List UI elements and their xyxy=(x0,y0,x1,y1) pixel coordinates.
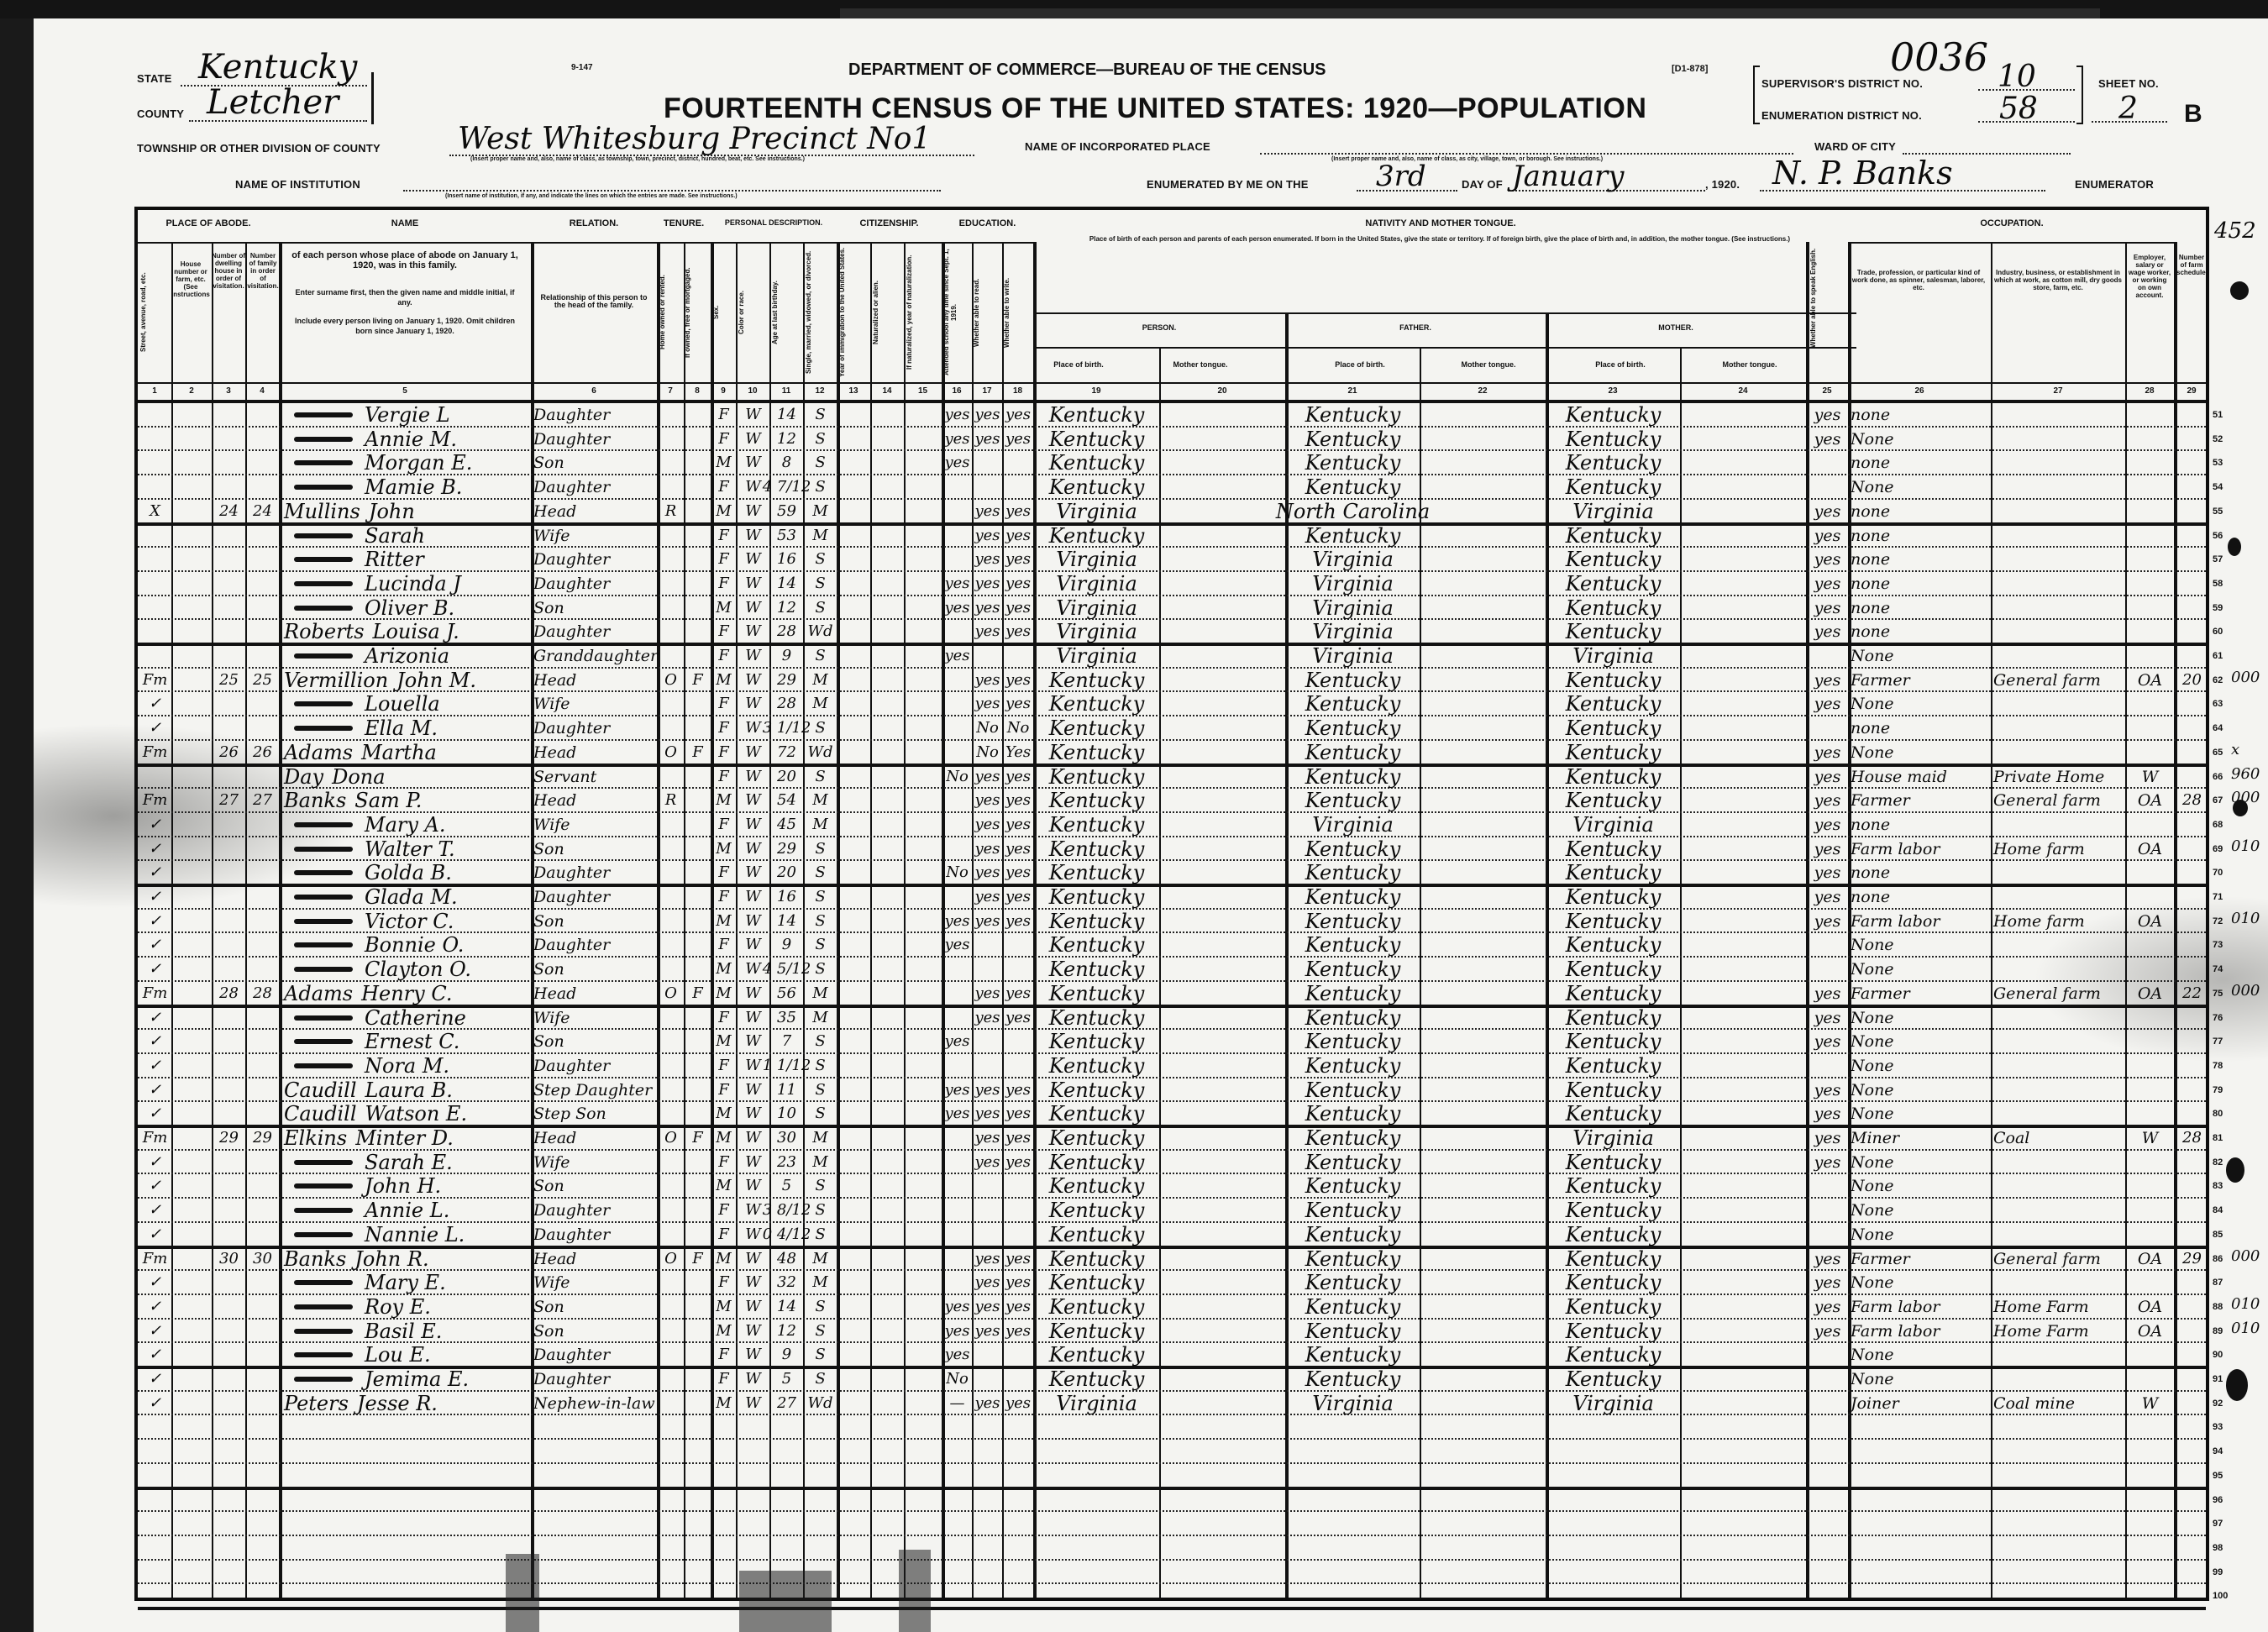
father-birth-cell: Kentucky xyxy=(1288,1100,1418,1126)
name-cell: MullinsJohn xyxy=(284,498,529,523)
english-cell: yes xyxy=(1809,690,1846,716)
line-number: 87 xyxy=(2213,1278,2223,1288)
table-row: Mamie B.DaughterFW4 7/12SKentuckyKentuck… xyxy=(138,474,2213,499)
table-row xyxy=(138,1582,2213,1608)
marital-cell: S xyxy=(806,1100,835,1126)
paper-stain xyxy=(506,1554,539,1632)
age-cell: 9 xyxy=(772,931,801,957)
column-number: 10 xyxy=(736,386,769,396)
given-name: Nora M. xyxy=(365,1055,449,1077)
line-number: 96 xyxy=(2213,1495,2223,1505)
mother-birth-cell: Kentucky xyxy=(1548,546,1678,571)
name-cell: RobertsLouisa J. xyxy=(284,618,529,643)
read-cell: No xyxy=(974,715,1000,740)
write-cell: No xyxy=(1005,715,1032,740)
father-birth-cell: Kentucky xyxy=(1288,931,1418,957)
father-birth-cell: Kentucky xyxy=(1288,764,1418,789)
surname: Vermillion xyxy=(284,669,388,691)
read-cell: yes xyxy=(974,1149,1000,1174)
tenure-cell: O xyxy=(659,980,682,1005)
age-cell: 9 xyxy=(772,643,801,668)
trade-cell: Farm labor xyxy=(1851,908,1989,933)
line-number: 65 xyxy=(2213,748,2223,758)
col-industry-header: Industry, business, or establishment in … xyxy=(1991,269,2125,291)
birth-cell: Kentucky xyxy=(1036,739,1158,764)
name-cell: Annie L. xyxy=(284,1197,529,1222)
father-birth-cell: Virginia xyxy=(1288,1390,1418,1415)
read-cell: yes xyxy=(974,570,1000,596)
sex-cell: M xyxy=(713,667,734,692)
table-row: Fm2626AdamsMarthaHeadOFFW72WdNoYesKentuc… xyxy=(138,739,2213,764)
read-cell: yes xyxy=(974,811,1000,837)
age-cell: 3 1/12 xyxy=(772,715,801,740)
race-cell: W xyxy=(738,764,768,789)
birth-cell: Kentucky xyxy=(1036,1221,1158,1246)
relation-cell: Daughter xyxy=(533,401,655,427)
trade-cell: None xyxy=(1851,1173,1989,1198)
write-cell: yes xyxy=(1005,1077,1032,1102)
marital-cell: Wd xyxy=(806,1390,835,1415)
column-number: 27 xyxy=(1991,386,2125,396)
trade-cell: Farmer xyxy=(1851,667,1989,692)
age-cell: 28 xyxy=(772,618,801,643)
father-birth-cell: Kentucky xyxy=(1288,1318,1418,1343)
name-cell xyxy=(284,1438,529,1463)
english-cell: yes xyxy=(1809,1246,1846,1271)
read-cell: yes xyxy=(974,1100,1000,1126)
english-cell: yes xyxy=(1809,1318,1846,1343)
col-english-header: Whether able to speak English. xyxy=(1809,218,1843,378)
marital-cell: S xyxy=(806,836,835,861)
table-row: X2424MullinsJohnHeadRMW59MyesyesVirginia… xyxy=(138,498,2213,523)
street-cell: ✓ xyxy=(140,1173,170,1198)
english-cell: yes xyxy=(1809,618,1846,643)
street-cell: ✓ xyxy=(140,1149,170,1174)
trade-cell: none xyxy=(1851,859,1989,884)
industry-cell: Private Home xyxy=(1993,764,2124,789)
state-label: STATE xyxy=(137,72,172,85)
write-cell: yes xyxy=(1005,618,1032,643)
ditto-dash xyxy=(294,847,353,852)
table-row: ✓Bonnie O.DaughterFW9SyesKentuckyKentuck… xyxy=(138,931,2213,957)
read-cell: yes xyxy=(974,1246,1000,1271)
english-cell: yes xyxy=(1809,908,1846,933)
name-cell: PetersJesse R. xyxy=(284,1390,529,1415)
nativity-instructions: Place of birth of each person and parent… xyxy=(1053,235,1826,243)
english-cell: yes xyxy=(1809,1100,1846,1126)
sex-cell: F xyxy=(713,1197,734,1222)
district-bracket-left xyxy=(1753,66,1760,124)
industry-cell: Home farm xyxy=(1993,908,2124,933)
marital-cell: S xyxy=(806,1366,835,1391)
ditto-dash xyxy=(294,1352,353,1357)
read-cell: yes xyxy=(974,980,1000,1005)
table-row: SarahWifeFW53MyesyesKentuckyKentuckyKent… xyxy=(138,522,2213,548)
sex-cell: F xyxy=(713,1221,734,1246)
birth-cell: Kentucky xyxy=(1036,1341,1158,1367)
mother-birth-cell: Kentucky xyxy=(1548,931,1678,957)
trade-cell: None xyxy=(1851,1366,1989,1391)
sex-cell: M xyxy=(713,1028,734,1053)
read-cell: yes xyxy=(974,401,1000,427)
relation-cell: Head xyxy=(533,1125,655,1150)
name-cell: Sarah xyxy=(284,522,529,548)
trade-cell: House maid xyxy=(1851,764,1989,789)
birth-cell: Kentucky xyxy=(1036,1197,1158,1222)
birth-cell: Kentucky xyxy=(1036,426,1158,451)
age-cell: 7 xyxy=(772,1028,801,1053)
ditto-dash xyxy=(294,870,353,875)
father-birth-cell: Kentucky xyxy=(1288,426,1418,451)
mother-birth-cell: Kentucky xyxy=(1548,690,1678,716)
mother-birth-cell: Kentucky xyxy=(1548,764,1678,789)
table-row: ✓Basil E.SonMW12SyesyesyesKentuckyKentuc… xyxy=(138,1318,2213,1343)
sex-cell: F xyxy=(713,811,734,837)
age-cell: 20 xyxy=(772,764,801,789)
line-number: 77 xyxy=(2213,1036,2223,1047)
trade-cell: None xyxy=(1851,1100,1989,1126)
marital-cell: S xyxy=(806,474,835,499)
column-number: 16 xyxy=(942,386,972,396)
age-cell: 35 xyxy=(772,1005,801,1030)
sex-cell: M xyxy=(713,595,734,620)
sex-cell: M xyxy=(713,836,734,861)
marital-cell: S xyxy=(806,715,835,740)
write-cell: yes xyxy=(1005,401,1032,427)
line-number: 99 xyxy=(2213,1567,2223,1577)
sex-cell: M xyxy=(713,1125,734,1150)
street-cell: ✓ xyxy=(140,811,170,837)
name-cell: Catherine xyxy=(284,1005,529,1030)
column-number: 18 xyxy=(1002,386,1033,396)
write-cell: yes xyxy=(1005,836,1032,861)
given-name: Annie L. xyxy=(365,1199,449,1221)
relation-cell: Son xyxy=(533,1318,655,1343)
line-number: 70 xyxy=(2213,868,2223,878)
write-cell: yes xyxy=(1005,764,1032,789)
street-cell: ✓ xyxy=(140,1077,170,1102)
relation-cell: Son xyxy=(533,595,655,620)
table-row: Fm2727BanksSam P.HeadRMW54MyesyesKentuck… xyxy=(138,787,2213,812)
line-number: 90 xyxy=(2213,1350,2223,1360)
english-cell: yes xyxy=(1809,570,1846,596)
given-name: Vergie L xyxy=(365,404,450,426)
family-cell: 29 xyxy=(248,1125,277,1150)
marital-cell: S xyxy=(806,1341,835,1367)
table-row: Morgan E.SonMW8SyesKentuckyKentuckyKentu… xyxy=(138,449,2213,475)
name-cell: Bonnie O. xyxy=(284,931,529,957)
trade-cell: none xyxy=(1851,715,1989,740)
read-cell: yes xyxy=(974,836,1000,861)
mother-birth-cell: Kentucky xyxy=(1548,1294,1678,1319)
enumeration-district: 58 xyxy=(1999,92,2038,126)
marital-cell: M xyxy=(806,498,835,523)
relation-cell: Servant xyxy=(533,764,655,789)
street-cell: Fm xyxy=(140,787,170,812)
col-age-header: Age at last birthday. xyxy=(771,247,803,378)
line-number: 80 xyxy=(2213,1109,2223,1119)
age-cell: 12 xyxy=(772,426,801,451)
write-cell: yes xyxy=(1005,908,1032,933)
given-name: Laura B. xyxy=(365,1079,453,1101)
street-cell: ✓ xyxy=(140,1197,170,1222)
birth-cell: Kentucky xyxy=(1036,1125,1158,1150)
street-cell: ✓ xyxy=(140,1269,170,1294)
family-cell: 24 xyxy=(248,498,277,523)
birth-cell: Virginia xyxy=(1036,546,1158,571)
age-cell: 56 xyxy=(772,980,801,1005)
group-father: FATHER. xyxy=(1285,323,1546,332)
line-number: 86 xyxy=(2213,1254,2223,1264)
table-row: ✓Jemima E.DaughterFW5SNoKentuckyKentucky… xyxy=(138,1366,2213,1391)
father-birth-cell: Kentucky xyxy=(1288,1052,1418,1078)
birth-cell: Kentucky xyxy=(1036,787,1158,812)
given-name: Basil E. xyxy=(365,1320,442,1342)
read-cell: yes xyxy=(974,595,1000,620)
street-cell: ✓ xyxy=(140,956,170,981)
sex-cell: M xyxy=(713,1100,734,1126)
birth-cell: Kentucky xyxy=(1036,715,1158,740)
sex-cell: M xyxy=(713,1294,734,1319)
line-number: 59 xyxy=(2213,603,2223,613)
father-birth-cell: North Carolina xyxy=(1288,498,1418,523)
birth-cell: Kentucky xyxy=(1036,811,1158,837)
write-cell: yes xyxy=(1005,1100,1032,1126)
birth-cell: Virginia xyxy=(1036,595,1158,620)
given-name: Bonnie O. xyxy=(365,934,464,956)
ward-label: WARD OF CITY xyxy=(1814,140,1896,153)
given-name: Oliver B. xyxy=(365,597,454,619)
family-cell: 30 xyxy=(248,1246,277,1271)
race-cell: W xyxy=(738,498,768,523)
father-birth-cell: Kentucky xyxy=(1288,715,1418,740)
given-name: Minter D. xyxy=(355,1127,454,1149)
read-cell: yes xyxy=(974,1390,1000,1415)
english-cell: yes xyxy=(1809,1125,1846,1150)
given-name: Mary E. xyxy=(365,1272,446,1294)
table-row: ✓Annie L.DaughterFW3 8/12SKentuckyKentuc… xyxy=(138,1197,2213,1222)
name-cell: Morgan E. xyxy=(284,449,529,475)
ditto-dash xyxy=(294,606,353,611)
birth-cell: Kentucky xyxy=(1036,956,1158,981)
name-cell: Ella M. xyxy=(284,715,529,740)
sex-cell: M xyxy=(713,956,734,981)
relation-cell: Son xyxy=(533,1173,655,1198)
sex-cell: F xyxy=(713,1269,734,1294)
given-name: Sam P. xyxy=(354,790,422,811)
read-cell: yes xyxy=(974,546,1000,571)
race-cell: W xyxy=(738,401,768,427)
paper-stain xyxy=(739,1571,832,1632)
marital-cell: S xyxy=(806,1028,835,1053)
birth-cell: Kentucky xyxy=(1036,1149,1158,1174)
line-number: 57 xyxy=(2213,554,2223,564)
birth-cell: Virginia xyxy=(1036,618,1158,643)
trade-cell: Farm labor xyxy=(1851,836,1989,861)
sex-cell: F xyxy=(713,522,734,548)
school-cell: No xyxy=(944,764,970,789)
industry-cell: Home farm xyxy=(1993,836,2124,861)
age-cell: 14 xyxy=(772,908,801,933)
english-cell: yes xyxy=(1809,401,1846,427)
mother-birth-cell: Virginia xyxy=(1548,643,1678,668)
margin-code: x xyxy=(2231,741,2239,758)
trade-cell: None xyxy=(1851,1028,1989,1053)
enumerated-day: 3rd xyxy=(1376,160,1426,193)
col-mother-birth-header: Place of birth. xyxy=(1549,361,1692,369)
age-cell: 9 xyxy=(772,1341,801,1367)
name-cell: Jemima E. xyxy=(284,1366,529,1391)
race-cell: W xyxy=(738,449,768,475)
english-cell: yes xyxy=(1809,595,1846,620)
sheet-number: 2 xyxy=(2118,92,2138,126)
table-row: ✓Mary E.WifeFW32MyesyesKentuckyKentuckyK… xyxy=(138,1269,2213,1294)
father-birth-cell: Kentucky xyxy=(1288,1269,1418,1294)
class-cell: W xyxy=(2128,764,2172,789)
name-cell: Victor C. xyxy=(284,908,529,933)
sex-cell: F xyxy=(713,859,734,884)
column-number: 28 xyxy=(2125,386,2174,396)
table-row: RobertsLouisa J.DaughterFW28WdyesyesVirg… xyxy=(138,618,2213,643)
line-number: 66 xyxy=(2213,772,2223,782)
table-row: Vergie LDaughterFW14SyesyesyesKentuckyKe… xyxy=(138,401,2213,427)
english-cell: yes xyxy=(1809,1005,1846,1030)
marital-cell: M xyxy=(806,1246,835,1271)
given-name: Nannie L. xyxy=(365,1224,465,1246)
relation-cell: Wife xyxy=(533,811,655,837)
form-code: [D1-878] xyxy=(1672,64,1708,74)
name-cell: BanksJohn R. xyxy=(284,1246,529,1271)
write-cell: yes xyxy=(1005,667,1032,692)
age-cell: 14 xyxy=(772,401,801,427)
county-value: Letcher xyxy=(207,86,339,119)
marital-cell: S xyxy=(806,1052,835,1078)
english-cell: yes xyxy=(1809,884,1846,909)
relation-cell: Son xyxy=(533,1028,655,1053)
ditto-dash xyxy=(294,1280,353,1285)
marital-cell: S xyxy=(806,884,835,909)
write-cell: Yes xyxy=(1005,739,1032,764)
marital-cell: M xyxy=(806,1125,835,1150)
institution-note: (Insert name of institution, if any, and… xyxy=(445,193,738,199)
table-row xyxy=(138,1559,2213,1584)
township-label: TOWNSHIP OR OTHER DIVISION OF COUNTY xyxy=(137,142,381,155)
table-row xyxy=(138,1414,2213,1439)
read-cell: yes xyxy=(974,859,1000,884)
state-county-bracket xyxy=(371,72,374,124)
col-person-birth-header: Place of birth. xyxy=(1037,361,1121,369)
name-cell: Mamie B. xyxy=(284,474,529,499)
relation-cell: Wife xyxy=(533,1005,655,1030)
given-name: John xyxy=(369,501,415,522)
industry-cell: General farm xyxy=(1993,787,2124,812)
column-number: 24 xyxy=(1680,386,1806,396)
street-cell: ✓ xyxy=(140,859,170,884)
table-row: ArizoniaGranddaughterFW9SyesVirginiaVirg… xyxy=(138,643,2213,668)
name-cell: Clayton O. xyxy=(284,956,529,981)
sex-cell: M xyxy=(713,787,734,812)
line-number: 56 xyxy=(2213,531,2223,541)
name-cell: Walter T. xyxy=(284,836,529,861)
table-row xyxy=(138,1487,2213,1512)
sex-cell: M xyxy=(713,1318,734,1343)
mother-birth-cell: Virginia xyxy=(1548,498,1678,523)
write-cell: yes xyxy=(1005,1269,1032,1294)
table-row xyxy=(138,1510,2213,1535)
ditto-dash xyxy=(294,942,353,947)
table-row: ✓Mary A.WifeFW45MyesyesKentuckyVirginiaV… xyxy=(138,811,2213,837)
column-number: 2 xyxy=(171,386,212,396)
sex-cell: F xyxy=(713,884,734,909)
industry-cell: General farm xyxy=(1993,667,2124,692)
sex-cell: F xyxy=(713,931,734,957)
name-cell: Ritter xyxy=(284,546,529,571)
mother-birth-cell: Kentucky xyxy=(1548,1173,1678,1198)
age-cell: 23 xyxy=(772,1149,801,1174)
marital-cell: M xyxy=(806,522,835,548)
english-cell: yes xyxy=(1809,1294,1846,1319)
race-cell: W xyxy=(738,690,768,716)
surname: Day xyxy=(284,766,323,788)
school-cell: yes xyxy=(944,1028,970,1053)
father-birth-cell: Kentucky xyxy=(1288,401,1418,427)
col-sex-header: Sex. xyxy=(712,247,736,378)
surname: Banks xyxy=(284,1248,346,1270)
name-cell: Lucinda J xyxy=(284,570,529,596)
farm-cell: 28 xyxy=(2176,1125,2208,1150)
line-number: 71 xyxy=(2213,892,2223,902)
ditto-dash xyxy=(294,485,353,490)
mother-birth-cell: Kentucky xyxy=(1548,1221,1678,1246)
ditto-dash xyxy=(294,919,353,924)
table-row: Oliver B.SonMW12SyesyesyesVirginiaVirgin… xyxy=(138,595,2213,620)
given-name: Ernest C. xyxy=(365,1031,459,1052)
given-name: Jesse R. xyxy=(357,1393,438,1414)
race-cell: W xyxy=(738,859,768,884)
line-number: 94 xyxy=(2213,1446,2223,1456)
sex-cell: F xyxy=(713,474,734,499)
relation-cell: Daughter xyxy=(533,884,655,909)
enumerated-month: January xyxy=(1512,160,1624,193)
race-cell: W xyxy=(738,908,768,933)
mother-birth-cell: Kentucky xyxy=(1548,1269,1678,1294)
trade-cell: none xyxy=(1851,618,1989,643)
column-number: 22 xyxy=(1420,386,1546,396)
column-number: 1 xyxy=(138,386,171,396)
trade-cell: none xyxy=(1851,522,1989,548)
mother-birth-cell: Kentucky xyxy=(1548,956,1678,981)
line-number: 75 xyxy=(2213,989,2223,999)
age-cell: 14 xyxy=(772,570,801,596)
given-name: Lucinda J xyxy=(365,573,461,595)
margin-note: 452 xyxy=(2214,214,2256,248)
father-birth-cell: Virginia xyxy=(1288,546,1418,571)
sex-cell: F xyxy=(713,1341,734,1367)
english-cell: yes xyxy=(1809,764,1846,789)
ditto-dash xyxy=(294,967,353,972)
class-cell: OA xyxy=(2128,980,2172,1005)
mother-birth-cell: Kentucky xyxy=(1548,739,1678,764)
father-birth-cell: Kentucky xyxy=(1288,956,1418,981)
relation-cell: Son xyxy=(533,908,655,933)
english-cell: yes xyxy=(1809,859,1846,884)
table-row: ✓Nora M.DaughterFW1 1/12SKentuckyKentuck… xyxy=(138,1052,2213,1078)
race-cell: W xyxy=(738,884,768,909)
family-cell: 28 xyxy=(248,980,277,1005)
margin-code: 000 xyxy=(2231,669,2260,686)
family-cell: 26 xyxy=(248,739,277,764)
race-cell: W xyxy=(738,1125,768,1150)
